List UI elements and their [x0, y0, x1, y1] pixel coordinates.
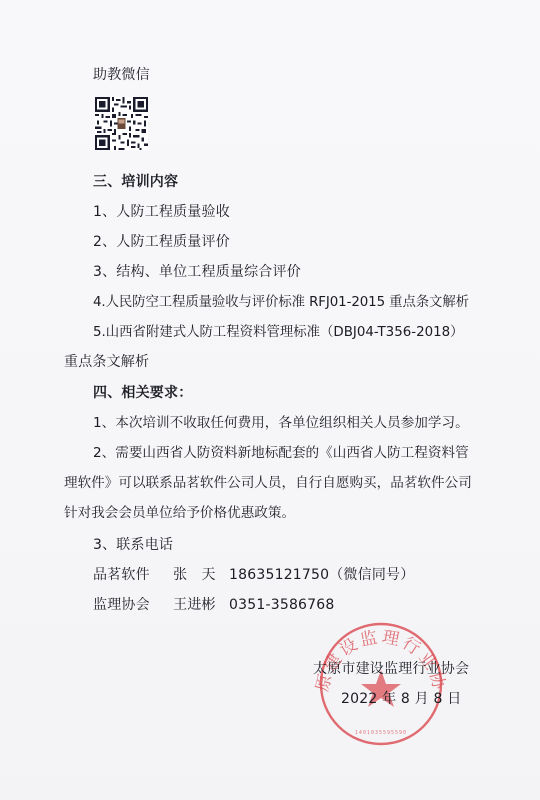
contact-row-2: 监理协会 王进彬 0351-3586768 — [93, 596, 334, 614]
training-item-5: 5.山西省附建式人防工程资料管理标准（DBJ04-T356-2018） — [93, 324, 464, 342]
contact-phone: 18635121750（微信同号） — [229, 567, 414, 583]
qr-code — [95, 97, 148, 150]
requirement-2-line-3: 针对我会会员单位给予价格优惠政策。 — [64, 504, 295, 522]
requirement-3: 3、联系电话 — [93, 536, 173, 554]
requirement-2-line-1: 2、需要山西省人防资料新地标配套的《山西省人防工程资料管 — [93, 444, 469, 462]
training-item-1: 1、人防工程质量验收 — [93, 203, 230, 221]
svg-text:1401035595590: 1401035595590 — [355, 730, 407, 736]
training-item-3: 3、结构、单位工程质量综合评价 — [93, 263, 301, 281]
requirement-1: 1、本次培训不收取任何费用，各单位组织相关人员参加学习。 — [93, 414, 469, 432]
training-item-4: 4.人民防空工程质量验收与评价标准 RFJ01-2015 重点条文解析 — [93, 294, 469, 312]
section4-heading: 四、相关要求： — [93, 384, 192, 402]
official-seal: 原建设监理行业协 1401035595590 — [306, 618, 456, 750]
contact-name: 张 天 — [173, 567, 216, 583]
assistant-wechat-label: 助教微信 — [93, 66, 150, 84]
contact-org: 监理协会 — [93, 597, 150, 613]
contact-org: 品茗软件 — [93, 567, 150, 583]
signature-date: 2022 年 8 月 8 日 — [341, 690, 462, 708]
contact-row-1: 品茗软件 张 天 18635121750（微信同号） — [93, 566, 414, 584]
contact-name: 王进彬 — [173, 597, 216, 613]
training-item-2: 2、人防工程质量评价 — [93, 233, 230, 251]
requirement-2-line-2: 理软件》可以联系品茗软件公司人员，自行自愿购买，品茗软件公司 — [64, 474, 472, 492]
signature-organization: 太原市建设监理行业协会 — [313, 660, 469, 678]
section3-heading: 三、培训内容 — [93, 173, 178, 191]
training-item-5-continued: 重点条文解析 — [64, 353, 149, 371]
contact-phone: 0351-3586768 — [229, 597, 334, 613]
document-page: 助教微信 — [0, 0, 540, 800]
